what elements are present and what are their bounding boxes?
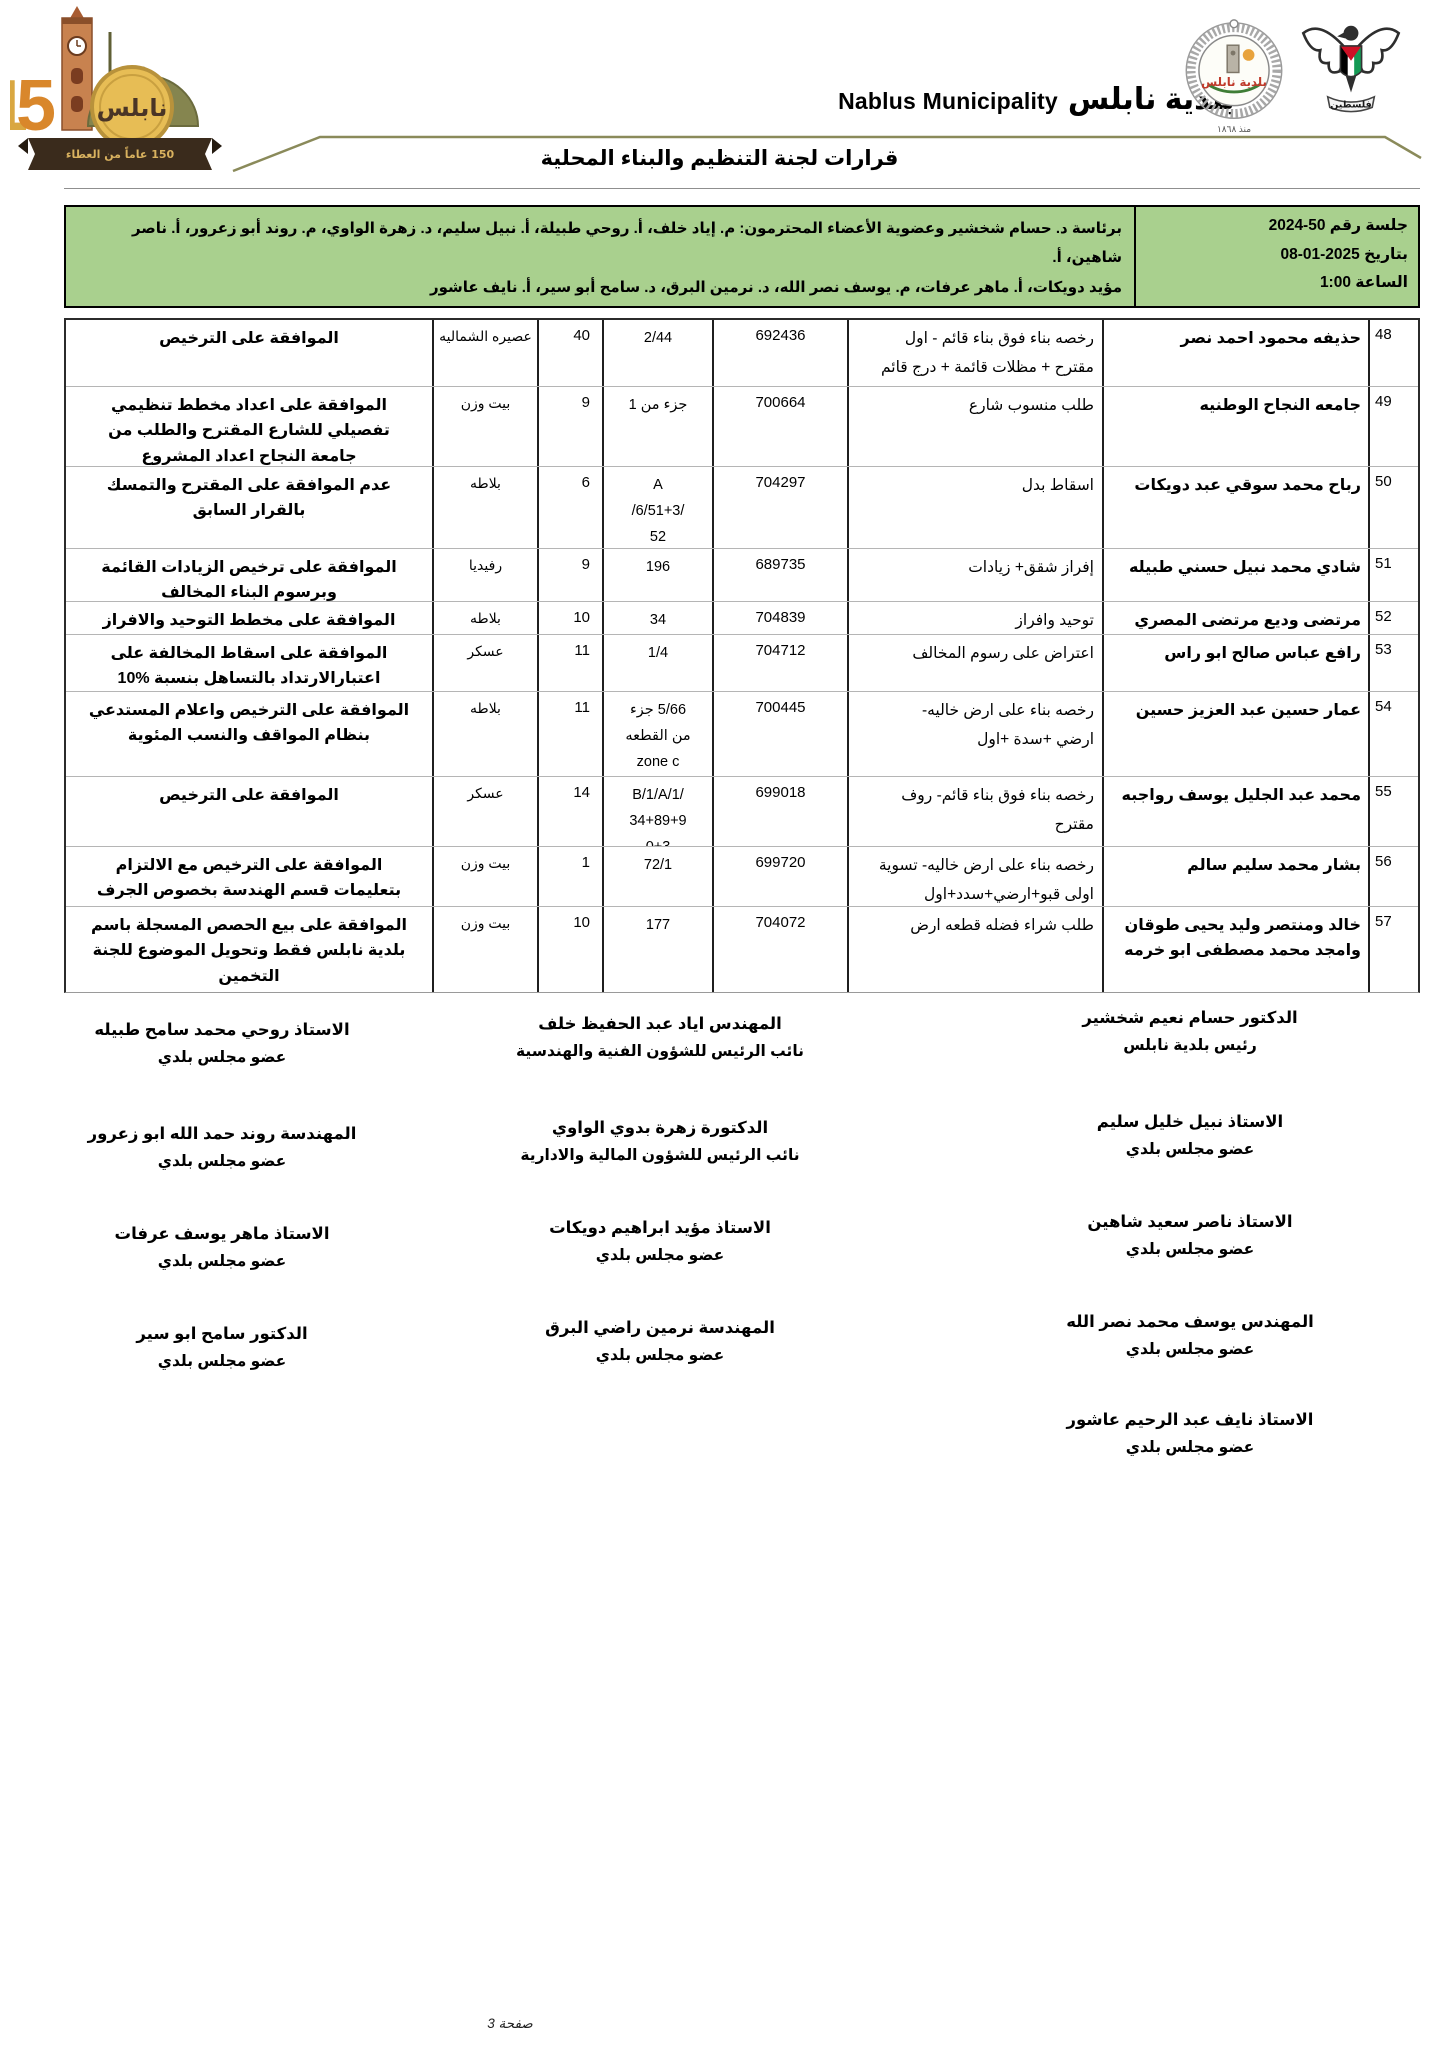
block-number-cell: 10 [537, 907, 602, 992]
file-number-cell: 704712 [712, 635, 847, 691]
signature-title: عضو مجلس بلدي [1010, 1438, 1370, 1457]
applicant-name-cell: رافع عباس صالح ابو راس [1102, 635, 1368, 691]
request-type-cell: طلب شراء فضله قطعه ارض [847, 907, 1102, 992]
svg-text:بلدية نابلس: بلدية نابلس [1201, 75, 1267, 89]
signature-title: عضو مجلس بلدي [42, 1152, 402, 1171]
location-cell: رفيديا [432, 549, 537, 601]
location-cell: بيت وزن [432, 907, 537, 992]
table-row: 55محمد عبد الجليل يوسف رواجبهرخصه بناء ف… [66, 777, 1418, 847]
parcel-cell: B/1/A/1/34+89+90+3 [602, 777, 712, 846]
decision-cell: الموافقة على بيع الحصص المسجلة باسمبلدية… [66, 907, 432, 992]
parcel-cell: 2/44 [602, 320, 712, 386]
parcel-cell: 5/66 جزءمن القطعهzone c [602, 692, 712, 776]
request-type-cell: رخصه بناء على ارض خاليه- تسويةاولى قبو+ا… [847, 847, 1102, 906]
signature-block: الاستاذ ناصر سعيد شاهينعضو مجلس بلدي [1010, 1212, 1370, 1259]
block-number-cell: 9 [537, 387, 602, 466]
request-type-cell: توحيد وافراز [847, 602, 1102, 634]
decision-cell: الموافقة على مخطط التوحيد والافراز [66, 602, 432, 634]
table-row: 48حذيفه محمود احمد نصررخصه بناء فوق بناء… [66, 320, 1418, 387]
signature-title: عضو مجلس بلدي [480, 1246, 840, 1265]
block-number-cell: 9 [537, 549, 602, 601]
attendees-line-1: برئاسة د. حسام شخشير وعضوية الأعضاء المح… [76, 214, 1122, 273]
signature-block: المهندسة نرمين راضي البرقعضو مجلس بلدي [480, 1318, 840, 1365]
signature-title: نائب الرئيس للشؤون المالية والادارية [480, 1146, 840, 1165]
signature-title: عضو مجلس بلدي [1010, 1340, 1370, 1359]
table-row: 50رباح محمد سوقي عبد دويكاتاسقاط بدل7042… [66, 467, 1418, 549]
parcel-cell: 1/4 [602, 635, 712, 691]
palestine-emblem-icon: فلسطين [1298, 12, 1404, 118]
parcel-cell: جزء من 1 [602, 387, 712, 466]
signature-title: عضو مجلس بلدي [42, 1048, 402, 1067]
decision-cell: الموافقة على الترخيص [66, 320, 432, 386]
decision-cell: الموافقة على الترخيص [66, 777, 432, 846]
signature-block: الدكتورة زهرة بدوي الواوينائب الرئيس للش… [480, 1118, 840, 1165]
svg-text:فلسطين: فلسطين [1330, 99, 1372, 110]
applicant-name-cell: شادي محمد نبيل حسني طبيله [1102, 549, 1368, 601]
signature-name: المهندس يوسف محمد نصر الله [1010, 1312, 1370, 1332]
file-number-cell: 692436 [712, 320, 847, 386]
block-number-cell: 11 [537, 692, 602, 776]
session-info-band: جلسة رقم 2024-50 بتاريخ 08-01-2025 الساع… [64, 205, 1420, 308]
decision-cell: الموافقة على ترخيص الزيادات القائمةوبرسو… [66, 549, 432, 601]
block-number-cell: 6 [537, 467, 602, 548]
location-cell: بلاطه [432, 602, 537, 634]
signature-title: عضو مجلس بلدي [1010, 1140, 1370, 1159]
signature-title: عضو مجلس بلدي [42, 1252, 402, 1271]
parcel-cell: 72/1 [602, 847, 712, 906]
session-meta-cell: جلسة رقم 2024-50 بتاريخ 08-01-2025 الساع… [1134, 207, 1418, 306]
table-row: 53رافع عباس صالح ابو راساعتراض على رسوم … [66, 635, 1418, 692]
applicant-name-cell: مرتضى وديع مرتضى المصري [1102, 602, 1368, 634]
request-type-cell: طلب منسوب شارع [847, 387, 1102, 466]
decision-cell: الموافقة على اسقاط المخالفة علىاعتبارالا… [66, 635, 432, 691]
document-page: 1 5 نابلس 150 عاماً من العطاء بلدية نابل… [0, 0, 1439, 2048]
signature-block: الاستاذ نايف عبد الرحيم عاشورعضو مجلس بل… [1010, 1410, 1370, 1457]
table-row: 56بشار محمد سليم سالمرخصه بناء على ارض خ… [66, 847, 1418, 907]
brand-english: Nablus Municipality [838, 88, 1058, 115]
signature-name: المهندس اياد عبد الحفيظ خلف [480, 1014, 840, 1034]
file-number-cell: 704072 [712, 907, 847, 992]
signature-block: الاستاذ روحي محمد سامح طبيلهعضو مجلس بلد… [42, 1020, 402, 1067]
applicant-name-cell: جامعه النجاح الوطنيه [1102, 387, 1368, 466]
location-cell: بيت وزن [432, 847, 537, 906]
session-time: الساعة 1:00 [1142, 269, 1408, 298]
table-row: 52مرتضى وديع مرتضى المصريتوحيد وافراز704… [66, 602, 1418, 635]
session-date: بتاريخ 08-01-2025 [1142, 241, 1408, 270]
attendees-cell: برئاسة د. حسام شخشير وعضوية الأعضاء المح… [66, 207, 1134, 306]
applicant-name-cell: بشار محمد سليم سالم [1102, 847, 1368, 906]
signature-name: الاستاذ نايف عبد الرحيم عاشور [1010, 1410, 1370, 1430]
signature-block: الاستاذ نبيل خليل سليمعضو مجلس بلدي [1010, 1112, 1370, 1159]
block-number-cell: 11 [537, 635, 602, 691]
location-cell: بيت وزن [432, 387, 537, 466]
signature-block: الاستاذ ماهر يوسف عرفاتعضو مجلس بلدي [42, 1224, 402, 1271]
signature-name: الاستاذ مؤيد ابراهيم دويكات [480, 1218, 840, 1238]
request-type-cell: اسقاط بدل [847, 467, 1102, 548]
applicant-name-cell: خالد ومنتصر وليد يحيى طوقانوامجد محمد مص… [1102, 907, 1368, 992]
block-number-cell: 10 [537, 602, 602, 634]
signature-name: الدكتورة زهرة بدوي الواوي [480, 1118, 840, 1138]
parcel-cell: 34 [602, 602, 712, 634]
page-footer: صفحة 3 [430, 2016, 590, 2032]
signature-block: المهندس يوسف محمد نصر اللهعضو مجلس بلدي [1010, 1312, 1370, 1359]
applicant-name-cell: عمار حسين عبد العزيز حسين [1102, 692, 1368, 776]
location-cell: بلاطه [432, 692, 537, 776]
file-number-cell: 700445 [712, 692, 847, 776]
signature-name: الدكتور حسام نعيم شخشير [1010, 1008, 1370, 1028]
signature-block: الدكتور سامح ابو سيرعضو مجلس بلدي [42, 1324, 402, 1371]
file-number-cell: 704839 [712, 602, 847, 634]
request-type-cell: رخصه بناء على ارض خاليه-ارضي +سدة +اول [847, 692, 1102, 776]
page-title: قرارات لجنة التنظيم والبناء المحلية [0, 146, 1439, 171]
file-number-cell: 699018 [712, 777, 847, 846]
row-number-cell: 56 [1368, 847, 1418, 906]
row-number-cell: 55 [1368, 777, 1418, 846]
signature-name: الاستاذ روحي محمد سامح طبيله [42, 1020, 402, 1040]
location-cell: عسكر [432, 777, 537, 846]
file-number-cell: 699720 [712, 847, 847, 906]
signature-block: الاستاذ مؤيد ابراهيم دويكاتعضو مجلس بلدي [480, 1218, 840, 1265]
svg-text:نابلس: نابلس [97, 94, 168, 122]
decision-cell: الموافقة على اعداد مخطط تنظيميتفصيلي للش… [66, 387, 432, 466]
location-cell: عسكر [432, 635, 537, 691]
signature-title: عضو مجلس بلدي [1010, 1240, 1370, 1259]
row-number-cell: 53 [1368, 635, 1418, 691]
row-number-cell: 50 [1368, 467, 1418, 548]
decision-cell: عدم الموافقة على المقترح والتمسكبالقرار … [66, 467, 432, 548]
decision-cell: الموافقة على الترخيص مع الالتزامبتعليمات… [66, 847, 432, 906]
municipality-emblem-caption: منذ ١٨٦٨ [1192, 124, 1276, 135]
signature-name: الدكتور سامح ابو سير [42, 1324, 402, 1344]
location-cell: بلاطه [432, 467, 537, 548]
municipality-emblem-icon: بلدية نابلس [1178, 16, 1290, 128]
request-type-cell: اعتراض على رسوم المخالف [847, 635, 1102, 691]
signature-name: الاستاذ نبيل خليل سليم [1010, 1112, 1370, 1132]
table-row: 51شادي محمد نبيل حسني طبيلهإفراز شقق+ زي… [66, 549, 1418, 602]
decision-cell: الموافقة على الترخيص واعلام المستدعيبنظا… [66, 692, 432, 776]
parcel-cell: 196 [602, 549, 712, 601]
brand-wordmark: بلدية نابلس Nablus Municipality [700, 82, 1235, 117]
header-divider [64, 188, 1420, 189]
svg-text:5: 5 [16, 66, 56, 146]
signature-title: عضو مجلس بلدي [42, 1352, 402, 1371]
decisions-table: 48حذيفه محمود احمد نصررخصه بناء فوق بناء… [64, 318, 1420, 993]
row-number-cell: 57 [1368, 907, 1418, 992]
location-cell: عصيره الشماليه [432, 320, 537, 386]
signature-block: الدكتور حسام نعيم شخشيررئيس بلدية نابلس [1010, 1008, 1370, 1055]
file-number-cell: 700664 [712, 387, 847, 466]
applicant-name-cell: محمد عبد الجليل يوسف رواجبه [1102, 777, 1368, 846]
row-number-cell: 52 [1368, 602, 1418, 634]
signature-title: رئيس بلدية نابلس [1010, 1036, 1370, 1055]
request-type-cell: إفراز شقق+ زيادات [847, 549, 1102, 601]
signature-name: المهندسة روند حمد الله ابو زعرور [42, 1124, 402, 1144]
row-number-cell: 49 [1368, 387, 1418, 466]
table-row: 49جامعه النجاح الوطنيهطلب منسوب شارع7006… [66, 387, 1418, 467]
signature-name: المهندسة نرمين راضي البرق [480, 1318, 840, 1338]
signature-name: الاستاذ ماهر يوسف عرفات [42, 1224, 402, 1244]
signature-block: المهندسة روند حمد الله ابو زعرورعضو مجلس… [42, 1124, 402, 1171]
signature-name: الاستاذ ناصر سعيد شاهين [1010, 1212, 1370, 1232]
file-number-cell: 689735 [712, 549, 847, 601]
attendees-line-2: مؤيد دويكات، أ. ماهر عرفات، م. يوسف نصر … [76, 273, 1122, 302]
signature-title: عضو مجلس بلدي [480, 1346, 840, 1365]
row-number-cell: 54 [1368, 692, 1418, 776]
row-number-cell: 48 [1368, 320, 1418, 386]
table-row: 57خالد ومنتصر وليد يحيى طوقانوامجد محمد … [66, 907, 1418, 992]
page-number: صفحة 3 [487, 2016, 533, 2031]
signature-block: المهندس اياد عبد الحفيظ خلفنائب الرئيس ل… [480, 1014, 840, 1061]
block-number-cell: 40 [537, 320, 602, 386]
applicant-name-cell: رباح محمد سوقي عبد دويكات [1102, 467, 1368, 548]
file-number-cell: 704297 [712, 467, 847, 548]
request-type-cell: رخصه بناء فوق بناء قائم- روفمقترح [847, 777, 1102, 846]
block-number-cell: 1 [537, 847, 602, 906]
table-row: 54عمار حسين عبد العزيز حسينرخصه بناء على… [66, 692, 1418, 777]
applicant-name-cell: حذيفه محمود احمد نصر [1102, 320, 1368, 386]
request-type-cell: رخصه بناء فوق بناء قائم - اولمقترح + مظل… [847, 320, 1102, 386]
parcel-cell: A/6/51+3/52 [602, 467, 712, 548]
session-number: جلسة رقم 2024-50 [1142, 212, 1408, 241]
parcel-cell: 177 [602, 907, 712, 992]
block-number-cell: 14 [537, 777, 602, 846]
row-number-cell: 51 [1368, 549, 1418, 601]
signature-title: نائب الرئيس للشؤون الفنية والهندسية [480, 1042, 840, 1061]
